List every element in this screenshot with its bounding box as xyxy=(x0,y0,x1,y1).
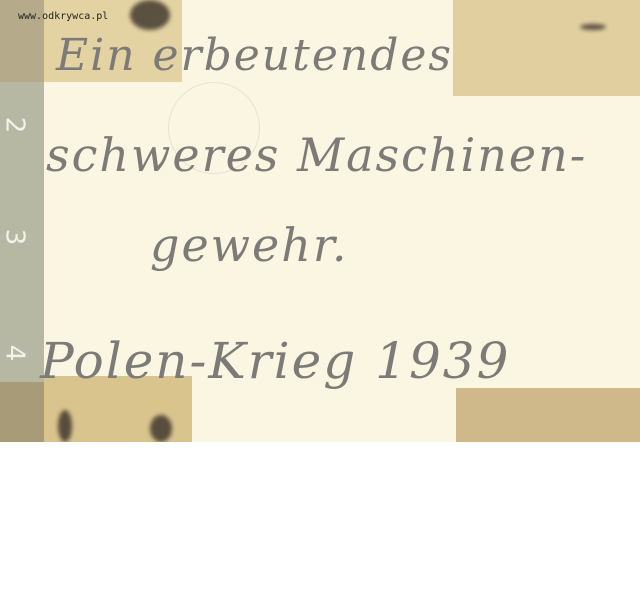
ruler-number: 4 xyxy=(0,345,29,362)
ink-blot xyxy=(58,410,72,442)
ruler-strip: 2 3 4 xyxy=(0,82,44,382)
ink-blot xyxy=(150,415,172,442)
handwriting-line-3: gewehr. xyxy=(150,218,348,272)
watermark: www.odkrywca.pl xyxy=(18,11,108,22)
ruler-strip-bottom xyxy=(0,382,44,442)
ruler-number: 2 xyxy=(0,117,29,134)
ink-blot xyxy=(580,24,606,30)
paper-patch-bottom-right xyxy=(456,388,640,442)
ruler-number: 3 xyxy=(0,229,29,246)
ink-blot xyxy=(130,0,170,30)
handwritten-note-photo: 2 3 4 www.odkrywca.pl Ein erbeutendes sc… xyxy=(0,0,640,442)
handwriting-line-4: Polen-Krieg 1939 xyxy=(40,332,510,390)
paper-patch-top-right xyxy=(453,0,640,96)
handwriting-line-1: Ein erbeutendes xyxy=(56,30,453,81)
handwriting-line-2: schweres Maschinen- xyxy=(46,128,587,182)
